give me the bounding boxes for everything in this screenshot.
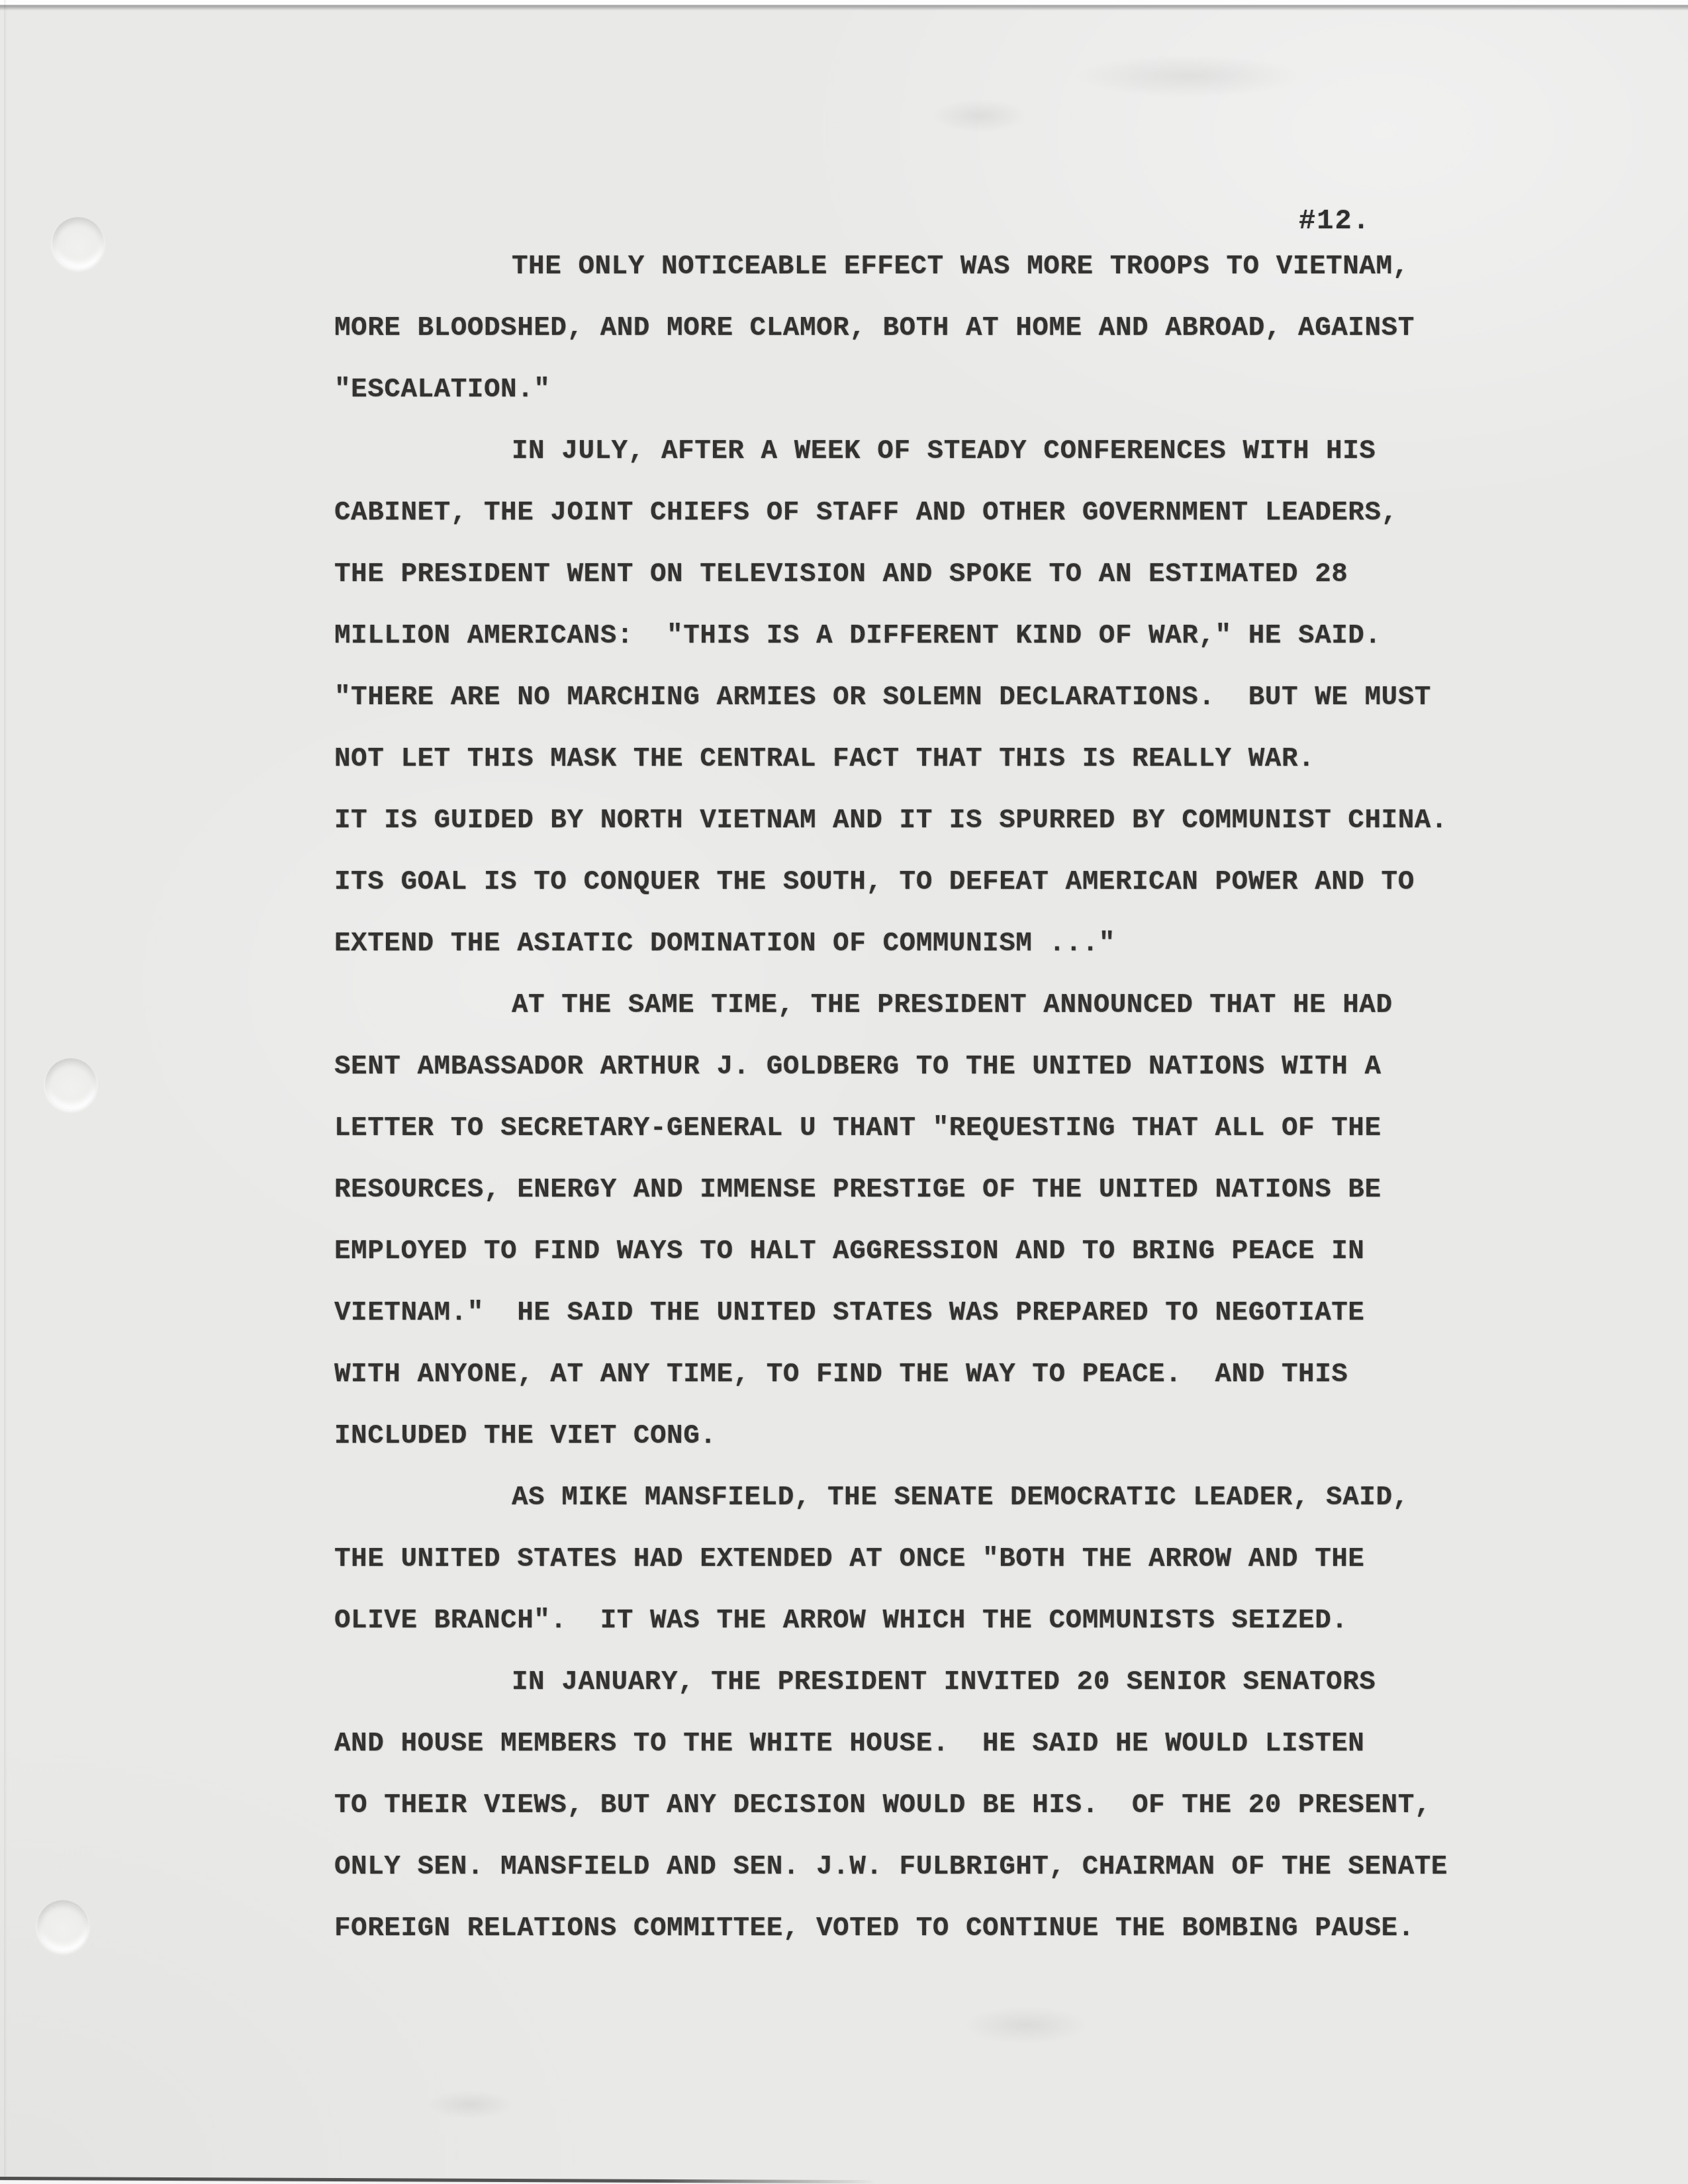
text-line: AND HOUSE MEMBERS TO THE WHITE HOUSE. HE… [334, 1713, 1499, 1775]
text-line: IN JANUARY, THE PRESIDENT INVITED 20 SEN… [334, 1652, 1499, 1713]
text-line: WITH ANYONE, AT ANY TIME, TO FIND THE WA… [334, 1344, 1499, 1406]
text-line: THE UNITED STATES HAD EXTENDED AT ONCE "… [334, 1529, 1499, 1590]
hole-punch-middle [45, 1058, 97, 1110]
text-line: THE ONLY NOTICEABLE EFFECT WAS MORE TROO… [334, 236, 1499, 298]
text-line: ITS GOAL IS TO CONQUER THE SOUTH, TO DEF… [334, 852, 1499, 913]
pencil-smudge [410, 2085, 530, 2124]
pencil-smudge [940, 1999, 1112, 2052]
text-line: "ESCALATION." [334, 359, 1499, 421]
text-line: THE PRESIDENT WENT ON TELEVISION AND SPO… [334, 544, 1499, 606]
text-line: IN JULY, AFTER A WEEK OF STEADY CONFEREN… [334, 421, 1499, 482]
text-line: "THERE ARE NO MARCHING ARMIES OR SOLEMN … [334, 667, 1499, 729]
text-line: RESOURCES, ENERGY AND IMMENSE PRESTIGE O… [334, 1160, 1499, 1221]
scan-left-edge [4, 0, 7, 2184]
scanned-document-page: #12. THE ONLY NOTICEABLE EFFECT WAS MORE… [0, 0, 1688, 2184]
text-line: ONLY SEN. MANSFIELD AND SEN. J.W. FULBRI… [334, 1837, 1499, 1898]
page-number: #12. [1299, 205, 1371, 237]
text-line: MORE BLOODSHED, AND MORE CLAMOR, BOTH AT… [334, 298, 1499, 359]
scan-top-edge [0, 0, 1688, 11]
text-line: LETTER TO SECRETARY-GENERAL U THANT "REQ… [334, 1098, 1499, 1160]
text-line: OLIVE BRANCH". IT WAS THE ARROW WHICH TH… [334, 1590, 1499, 1652]
pencil-smudge [914, 93, 1046, 139]
text-line: EXTEND THE ASIATIC DOMINATION OF COMMUNI… [334, 913, 1499, 975]
text-line: CABINET, THE JOINT CHIEFS OF STAFF AND O… [334, 482, 1499, 544]
text-line: MILLION AMERICANS: "THIS IS A DIFFERENT … [334, 606, 1499, 667]
text-line: EMPLOYED TO FIND WAYS TO HALT AGGRESSION… [334, 1221, 1499, 1283]
text-line: INCLUDED THE VIET CONG. [334, 1406, 1499, 1467]
text-line: AT THE SAME TIME, THE PRESIDENT ANNOUNCE… [334, 975, 1499, 1036]
text-line: IT IS GUIDED BY NORTH VIETNAM AND IT IS … [334, 790, 1499, 852]
hole-punch-top [52, 217, 104, 269]
typewritten-text-block: THE ONLY NOTICEABLE EFFECT WAS MORE TROO… [334, 236, 1499, 1960]
text-line: SENT AMBASSADOR ARTHUR J. GOLDBERG TO TH… [334, 1036, 1499, 1098]
text-line: NOT LET THIS MASK THE CENTRAL FACT THAT … [334, 729, 1499, 790]
text-line: VIETNAM." HE SAID THE UNITED STATES WAS … [334, 1283, 1499, 1344]
pencil-smudge [1033, 46, 1344, 106]
hole-punch-bottom [37, 1900, 89, 1952]
text-line: AS MIKE MANSFIELD, THE SENATE DEMOCRATIC… [334, 1467, 1499, 1529]
text-line: FOREIGN RELATIONS COMMITTEE, VOTED TO CO… [334, 1898, 1499, 1960]
text-line: TO THEIR VIEWS, BUT ANY DECISION WOULD B… [334, 1775, 1499, 1837]
